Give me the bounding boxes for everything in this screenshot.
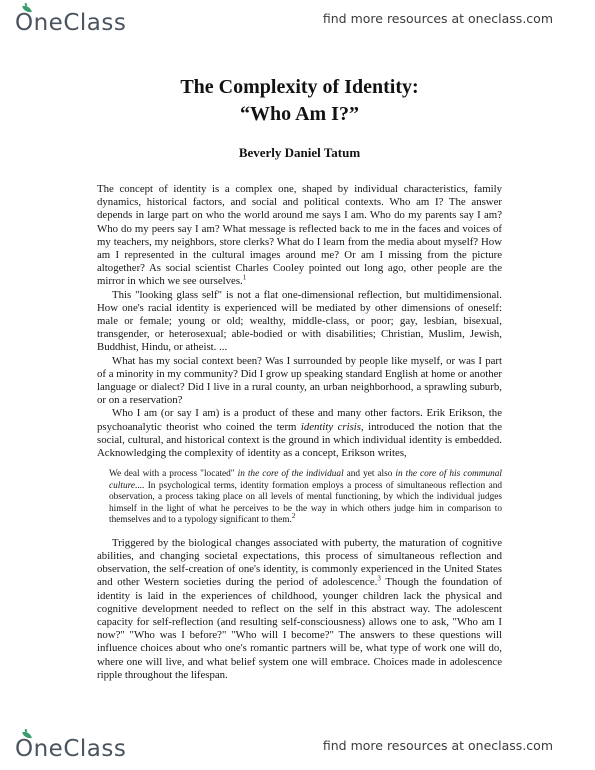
- text-run: This "looking glass self" is not a flat …: [97, 289, 502, 354]
- paragraph: Who I am (or say I am) is a product of t…: [97, 407, 502, 460]
- italic-text: in the core of the individual: [238, 469, 344, 479]
- text-run: Though the foundation of identity is lai…: [97, 576, 502, 680]
- document-page: OneClass find more resources at oneclass…: [0, 0, 595, 770]
- text-run: What has my social context been? Was I s…: [97, 355, 502, 407]
- title-line-2: “Who Am I?”: [240, 103, 359, 125]
- text-run: .... In psychological terms, identity fo…: [109, 481, 502, 526]
- text-run: We deal with a process "located": [109, 469, 238, 479]
- block-quote: We deal with a process "located" in the …: [109, 469, 502, 527]
- paragraph: Triggered by the biological changes asso…: [97, 537, 502, 682]
- italic-text: identity crisis: [301, 421, 361, 433]
- footer: OneClass find more resources at oneclass…: [0, 726, 595, 766]
- logo-text: OneClass: [15, 736, 126, 762]
- document-content: The Complexity of Identity: “Who Am I?” …: [97, 74, 502, 682]
- text-run: The concept of identity is a complex one…: [97, 183, 502, 287]
- footer-tagline-link[interactable]: find more resources at oneclass.com: [323, 738, 553, 753]
- footnote-marker: 1: [243, 274, 247, 282]
- oneclass-logo: OneClass: [15, 8, 126, 38]
- title-line-1: The Complexity of Identity:: [180, 76, 418, 98]
- header: OneClass find more resources at oneclass…: [0, 6, 595, 46]
- logo-text: OneClass: [15, 10, 126, 36]
- text-run: and yet also: [344, 469, 396, 479]
- paragraph: What has my social context been? Was I s…: [97, 355, 502, 408]
- document-body: The concept of identity is a complex one…: [97, 183, 502, 682]
- header-tagline-link[interactable]: find more resources at oneclass.com: [323, 11, 553, 26]
- oneclass-logo-footer: OneClass: [15, 734, 126, 764]
- author-name: Beverly Daniel Tatum: [97, 145, 502, 161]
- paragraph: This "looking glass self" is not a flat …: [97, 289, 502, 355]
- footnote-marker: 2: [292, 512, 296, 520]
- paragraph: The concept of identity is a complex one…: [97, 183, 502, 289]
- page-title: The Complexity of Identity: “Who Am I?”: [97, 74, 502, 128]
